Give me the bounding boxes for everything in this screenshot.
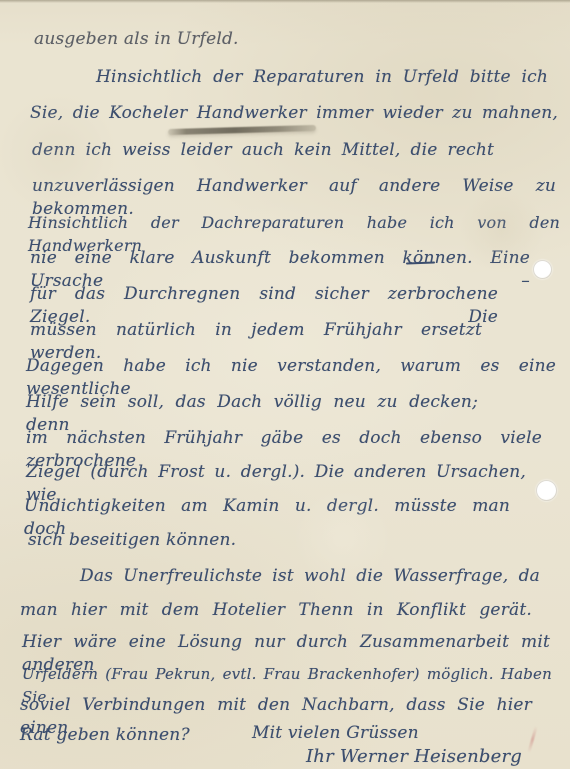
letter-line: man hier mit dem Hotelier Thenn in Konfl… xyxy=(20,599,532,622)
letter-line: Hinsichtlich der Reparaturen in Urfeld b… xyxy=(96,66,548,89)
letter-line: sich beseitigen können. xyxy=(28,529,236,552)
hole-punch-bottom xyxy=(536,480,557,501)
letter-page: ausgeben als in Urfeld. Hinsichtlich der… xyxy=(0,0,570,769)
signature: Ihr Werner Heisenberg xyxy=(306,745,522,768)
pencil-underline-handwerker xyxy=(168,125,316,135)
hole-punch-top xyxy=(533,260,552,279)
letter-line: Sie, die Kocheler Handwerker immer wiede… xyxy=(30,102,558,125)
letter-question-line: Rat geben können? xyxy=(20,724,190,747)
letter-line: ausgeben als in Urfeld. xyxy=(34,28,239,51)
letter-line: Das Unerfreulichste ist wohl die Wasserf… xyxy=(80,565,540,588)
letter-closing: Mit vielen Grüssen xyxy=(252,722,419,745)
letter-line: denn ich weiss leider auch kein Mittel, … xyxy=(32,139,494,162)
